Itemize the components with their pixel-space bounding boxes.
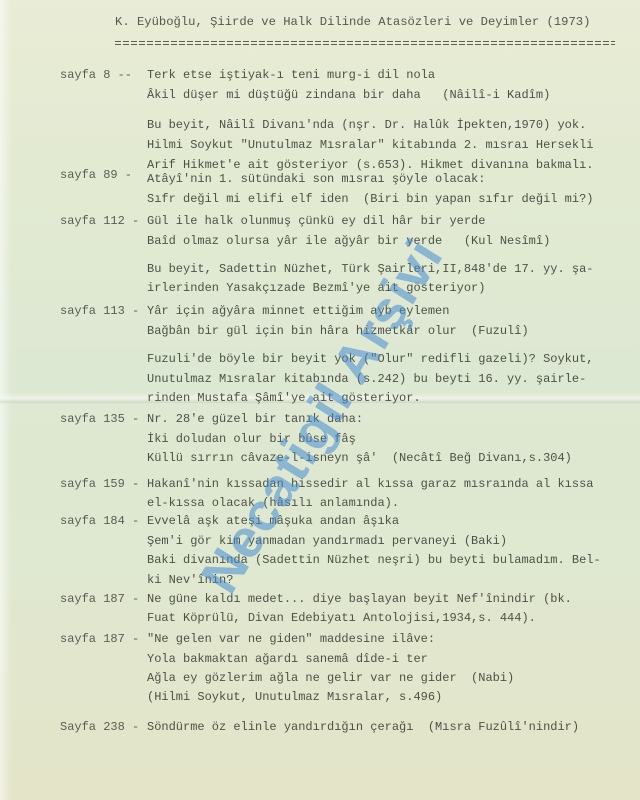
page-reference-label: sayfa 112 - [60,214,139,228]
note-text-line: Terk etse iştiyak-ı teni murg-i dil nola [147,68,435,82]
page-reference-label: sayfa 113 - [60,304,139,318]
page-reference-label: sayfa 89 - [60,168,132,182]
note-text-line: Nr. 28'e güzel bir tanık daha: [147,412,363,426]
page-reference-label: Sayfa 238 - [60,720,139,734]
note-text-line: Gül ile halk olunmuş çünkü ey dil hâr bi… [147,214,485,228]
note-text-line: Hilmi Soykut "Unutulmaz Mısralar" kitabı… [147,138,593,152]
page-reference-label: sayfa 184 - [60,514,139,528]
note-text-line: Baki divanında (Sadettin Nüzhet neşri) b… [147,553,601,567]
note-text-line: irlerinden Yasakçızade Bezmî'ye ait göst… [147,281,485,295]
note-text-line: Baîd olmaz olursa yâr ile ağyâr bir yerd… [147,234,550,248]
note-text-line: Yola bakmaktan ağardı sanemâ dîde-i ter [147,652,428,666]
note-text-line: Fuat Köprülü, Divan Edebiyatı Antolojisi… [147,611,536,625]
note-text-line: Söndürme öz elinle yandırdığın çerağı (M… [147,720,579,734]
note-text-line: Sıfr değil mi elifi elf iden (Biri bin y… [147,192,593,206]
page-reference-label: sayfa 135 - [60,412,139,426]
note-text-line: Unutulmaz Mısralar kitabında (s.242) bu … [147,372,586,386]
note-text-line: Bağbân bir gül için bin hâra hizmetkâr o… [147,324,529,338]
typewritten-page: K. Eyüboğlu, Şiirde ve Halk Dilinde Atas… [0,0,640,800]
page-reference-label: sayfa 8 -- [60,68,132,82]
note-text-line: "Ne gelen var ne giden" maddesine ilâve: [147,632,435,646]
note-text-line: Şem'i gör kim yanmadan yandırmadı pervan… [147,534,507,548]
double-rule-divider [115,40,615,47]
note-text-line: Bu beyit, Nâilî Divanı'nda (nşr. Dr. Hal… [147,118,586,132]
note-text-line: el-kıssa olacak (hâsılı anlamında). [147,496,399,510]
document-title: K. Eyüboğlu, Şiirde ve Halk Dilinde Atas… [115,15,590,29]
note-text-line: Ne güne kaldı medet... diye başlayan bey… [147,592,572,606]
note-text-line: Fuzuli'de böyle bir beyit yok ("Olur" re… [147,352,593,366]
note-text-line: Ağla ey gözlerim ağla ne gelir var ne gi… [147,671,514,685]
note-text-line: Âkil düşer mi düştüğü zindana bir daha (… [147,88,550,102]
note-text-line: Yâr için ağyâra minnet ettiğim ayb eylem… [147,304,449,318]
note-text-line: Atâyî'nin 1. sütündaki son mısraı şöyle … [147,172,485,186]
note-text-line: (Hilmi Soykut, Unutulmaz Mısralar, s.496… [147,690,442,704]
page-reference-label: sayfa 159 - [60,477,139,491]
note-text-line: rinden Mustafa Şâmî'ye ait gösteriyor. [147,391,421,405]
note-text-line: Evvelâ aşk ateşi mâşuka andan âşıka [147,514,399,528]
note-text-line: Hakanî'nin kıssadan hissedir al kıssa ga… [147,477,593,491]
note-text-line: İki doludan olur bir bûse fâş [147,432,356,446]
page-reference-label: sayfa 187 - [60,632,139,646]
note-text-line: Küllü sırrın câvaze-l-isneyn şâ' (Necâtî… [147,451,572,465]
note-text-line: Arif Hikmet'e ait gösteriyor (s.653). Hi… [147,158,593,172]
note-text-line: Bu beyit, Sadettin Nüzhet, Türk Şairleri… [147,262,593,276]
note-text-line: ki Nev'înin? [147,573,233,587]
page-reference-label: sayfa 187 - [60,592,139,606]
